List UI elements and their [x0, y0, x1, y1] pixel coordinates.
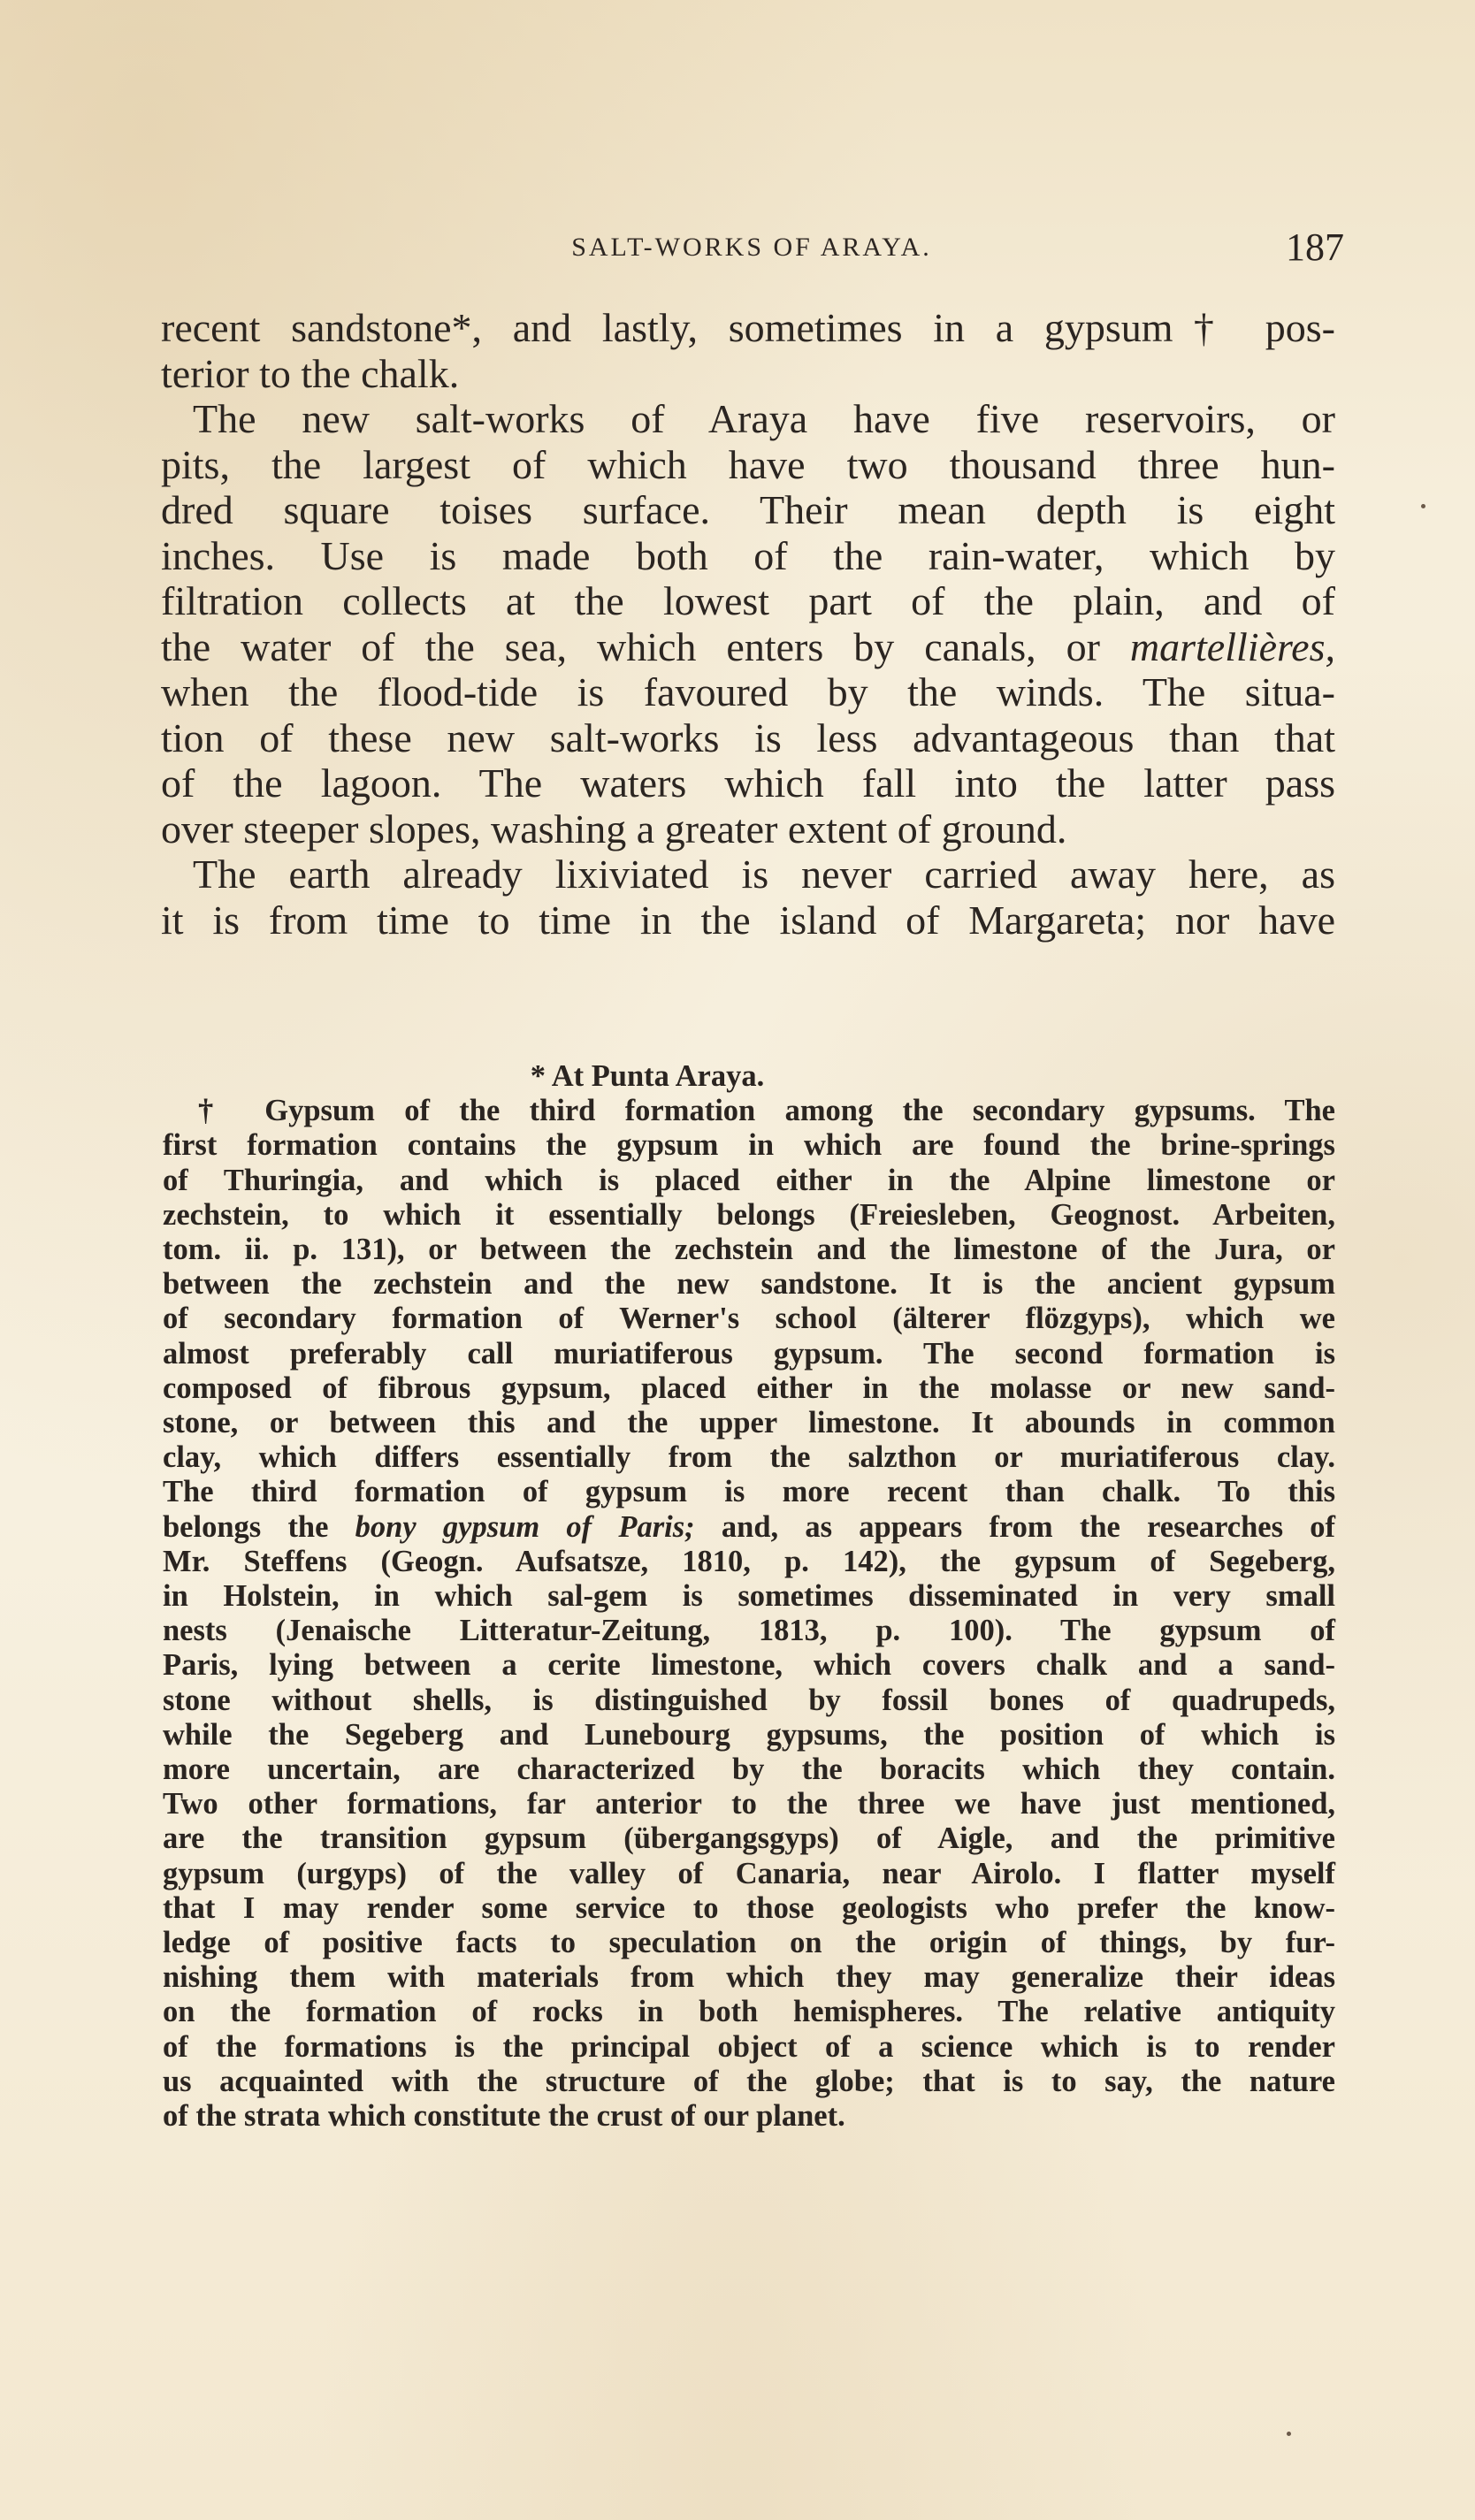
footnote-line: nishing them with materials from which t… [163, 1960, 1335, 1995]
footnote-line: ledge of positive facts to speculation o… [163, 1926, 1335, 1960]
footnote-line: that I may render some service to those … [163, 1891, 1335, 1926]
running-head: SALT-WORKS OF ARAYA. 187 [159, 221, 1344, 274]
text-line: it is from time to time in the island of… [161, 897, 1335, 943]
footnote-line: stone, or between this and the upper lim… [163, 1406, 1335, 1440]
footnote-line: between the zechstein and the new sandst… [163, 1267, 1335, 1302]
text-line: over steeper slopes, washing a greater e… [161, 806, 1335, 852]
text-line: terior to the chalk. [161, 351, 1335, 397]
text-line: recent sandstone*, and lastly, sometimes… [161, 305, 1335, 351]
footnote-line: zechstein, to which it essentially belon… [163, 1198, 1335, 1233]
footnote-line: gypsum (urgyps) of the valley of Canaria… [163, 1857, 1335, 1891]
text-line: dred square toises surface. Their mean d… [161, 487, 1335, 533]
footnote-line: in Holstein, in which sal-gem is sometim… [163, 1579, 1335, 1614]
footnote-line: almost preferably call muriatiferous gyp… [163, 1337, 1335, 1371]
footnote-line: more uncertain, are characterized by the… [163, 1753, 1335, 1787]
italic-phrase: bony gypsum of Paris; [355, 1510, 695, 1544]
paragraph-1: recent sandstone*, and lastly, sometimes… [161, 305, 1335, 396]
text-line: of the lagoon. The waters which fall int… [161, 760, 1335, 806]
footnote-line: tom. ii. p. 131), or between the zechste… [163, 1233, 1335, 1267]
footnote-line: while the Segeberg and Lunebourg gypsums… [163, 1718, 1335, 1753]
footnote-line: of secondary formation of Werner's schoo… [163, 1302, 1335, 1336]
footnote-line: clay, which differs essentially from the… [163, 1440, 1335, 1475]
footnote-line: nests (Jenaische Litteratur-Zeitung, 181… [163, 1614, 1335, 1648]
paragraph-2: The new salt-works of Araya have five re… [161, 396, 1335, 851]
footnote-line: The third formation of gypsum is more re… [163, 1475, 1335, 1509]
text-line: tion of these new salt-works is less adv… [161, 715, 1335, 761]
main-text: recent sandstone*, and lastly, sometimes… [161, 305, 1335, 943]
footnote-dagger: † Gypsum of the third formation among th… [163, 1094, 1335, 2134]
footnote-line: † Gypsum of the third formation among th… [163, 1094, 1335, 1128]
running-title: SALT-WORKS OF ARAYA. [159, 221, 1344, 274]
footnote-line: are the transition gypsum (übergangsgyps… [163, 1821, 1335, 1856]
book-page: SALT-WORKS OF ARAYA. 187 recent sandston… [0, 0, 1475, 2520]
footnote-line: on the formation of rocks in both hemisp… [163, 1995, 1335, 2029]
paper-speck [1287, 2432, 1291, 2436]
text-line: The earth already lixiviated is never ca… [161, 851, 1335, 897]
footnote-line: composed of fibrous gypsum, placed eithe… [163, 1371, 1335, 1406]
text-segment: belongs the [163, 1510, 355, 1544]
footnotes: * At Punta Araya. † Gypsum of the third … [163, 1059, 1335, 2134]
footnote-line: Paris, lying between a cerite limestone,… [163, 1648, 1335, 1683]
italic-term: martellières, [1130, 624, 1335, 669]
paper-speck [1421, 504, 1425, 508]
text-segment: and, as appears from the researches of [695, 1510, 1335, 1544]
text-line: pits, the largest of which have two thou… [161, 442, 1335, 488]
footnote-line: stone without shells, is distinguished b… [163, 1684, 1335, 1718]
text-line: inches. Use is made both of the rain-wat… [161, 533, 1335, 579]
paragraph-3: The earth already lixiviated is never ca… [161, 851, 1335, 943]
footnote-line: Two other formations, far anterior to th… [163, 1787, 1335, 1821]
footnote-line: first formation contains the gypsum in w… [163, 1128, 1335, 1163]
page-number: 187 [1286, 221, 1344, 274]
text-line: The new salt-works of Araya have five re… [161, 396, 1335, 442]
footnote-asterisk: * At Punta Araya. [163, 1059, 1335, 1094]
text-segment: the water of the sea, which enters by ca… [161, 624, 1130, 669]
footnote-line: of the strata which constitute the crust… [163, 2099, 1335, 2134]
footnote-line: Mr. Steffens (Geogn. Aufsatsze, 1810, p.… [163, 1545, 1335, 1579]
footnote-line: us acquainted with the structure of the … [163, 2065, 1335, 2099]
text-line-with-italic: the water of the sea, which enters by ca… [161, 624, 1335, 670]
text-line: filtration collects at the lowest part o… [161, 578, 1335, 624]
footnote-line: of the formations is the principal objec… [163, 2030, 1335, 2065]
footnote-line: of Thuringia, and which is placed either… [163, 1164, 1335, 1198]
footnote-line-with-italic: belongs the bony gypsum of Paris; and, a… [163, 1510, 1335, 1545]
text-line: when the flood-tide is favoured by the w… [161, 669, 1335, 715]
